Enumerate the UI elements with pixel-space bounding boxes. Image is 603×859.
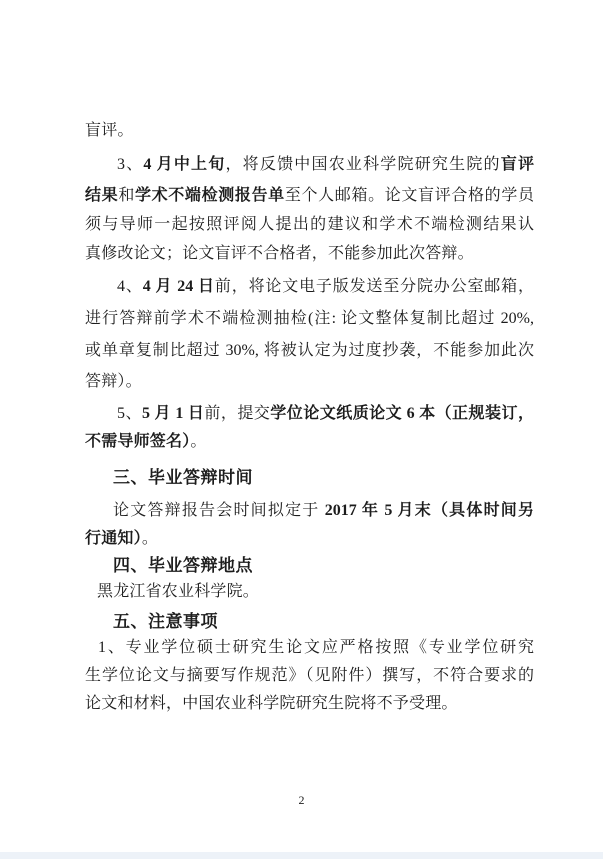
text-line: 5、5 月 1 日前，提交学位论文纸质论文 6 本（正规装订， (85, 403, 534, 425)
text-segment: 至个人邮箱。论文盲评合格的学员 (285, 187, 534, 204)
text-segment: 或单章复制比超过 30%, 将被认定为过度抄袭，不能参加此次 (85, 342, 534, 359)
text-segment: 4、 (117, 278, 143, 295)
text-segment: 三、毕业答辩时间 (113, 468, 253, 487)
text-line: 或单章复制比超过 30%, 将被认定为过度抄袭，不能参加此次 (85, 340, 534, 362)
text-line: 结果和学术不端检测报告单至个人邮箱。论文盲评合格的学员 (85, 185, 534, 207)
text-segment: 四、毕业答辩地点 (113, 556, 253, 575)
text-line: 答辩）。 (85, 371, 534, 393)
text-line: 生学位论文与摘要写作规范》（见附件）撰写，不符合要求的 (85, 665, 534, 687)
text-segment: 1、专业学位硕士研究生论文应严格按照《专业学位研究 (98, 639, 534, 656)
text-line: 论文和材料，中国农业科学院研究生院将不予受理。 (85, 693, 534, 715)
document-page: 盲评。3、4 月中上旬，将反馈中国农业科学院研究生院的盲评结果和学术不端检测报告… (0, 0, 603, 859)
section-heading: 五、注意事项 (85, 611, 534, 633)
text-segment: 真修改论文；论文盲评不合格者，不能参加此次答辩。 (85, 245, 474, 262)
text-line: 进行答辩前学术不端检测抽检(注: 论文整体复制比超过 20%, (85, 308, 534, 330)
page-bottom-edge (0, 852, 603, 859)
text-segment: 前，将论文电子版发送至分院办公室邮箱， (215, 278, 534, 295)
text-segment: 学术不端检测报告单 (135, 187, 285, 204)
text-segment: 黑龙江省农业科学院。 (97, 583, 259, 600)
text-segment: 5 月 1 日 (142, 405, 204, 422)
text-segment: 。 (190, 433, 206, 450)
section-heading: 三、毕业答辩时间 (85, 467, 534, 489)
text-segment: 答辩）。 (85, 373, 142, 390)
text-line: 盲评。 (85, 120, 534, 142)
text-line: 4、4 月 24 日前，将论文电子版发送至分院办公室邮箱， (85, 276, 534, 298)
section-heading: 四、毕业答辩地点 (85, 555, 534, 577)
text-segment: 五、注意事项 (113, 612, 218, 631)
text-segment: 论文答辩报告会时间拟定于 (113, 502, 325, 519)
text-line: 真修改论文；论文盲评不合格者，不能参加此次答辩。 (85, 243, 534, 265)
text-line: 黑龙江省农业科学院。 (85, 581, 534, 603)
text-segment: ，将反馈中国农业科学院研究生院的 (225, 156, 500, 173)
document-body: 盲评。3、4 月中上旬，将反馈中国农业科学院研究生院的盲评结果和学术不端检测报告… (85, 0, 534, 859)
text-segment: 3、 (117, 156, 143, 173)
text-line: 1、专业学位硕士研究生论文应严格按照《专业学位研究 (85, 637, 534, 659)
text-line: 论文答辩报告会时间拟定于 2017 年 5 月末（具体时间另 (85, 500, 534, 522)
text-segment: 行通知） (85, 530, 142, 547)
text-segment: 结果 (85, 187, 118, 204)
text-line: 行通知）。 (85, 528, 534, 550)
text-segment: 生学位论文与摘要写作规范》（见附件）撰写，不符合要求的 (85, 667, 534, 684)
text-segment: 进行答辩前学术不端检测抽检(注: 论文整体复制比超过 20%, (85, 310, 534, 327)
text-segment: 5、 (117, 405, 142, 422)
text-line: 3、4 月中上旬，将反馈中国农业科学院研究生院的盲评 (85, 154, 534, 176)
text-segment: 不需导师签名） (85, 433, 190, 450)
text-segment: 盲评 (501, 156, 534, 173)
text-segment: 4 月中上旬 (143, 156, 225, 173)
text-segment: 。 (142, 530, 158, 547)
text-segment: 2017 年 5 月末（具体时间另 (325, 502, 534, 519)
text-segment: 和 (118, 187, 135, 204)
text-line: 不需导师签名）。 (85, 431, 534, 453)
text-segment: 学位论文纸质论文 6 本（正规装订， (270, 405, 534, 422)
text-segment: 盲评。 (85, 122, 134, 139)
page-number: 2 (0, 793, 603, 808)
text-line: 须与导师一起按照评阅人提出的建议和学术不端检测结果认 (85, 214, 534, 236)
text-segment: 须与导师一起按照评阅人提出的建议和学术不端检测结果认 (85, 216, 534, 233)
text-segment: 论文和材料，中国农业科学院研究生院将不予受理。 (85, 695, 458, 712)
text-segment: 前，提交 (204, 405, 270, 422)
text-segment: 4 月 24 日 (143, 278, 215, 295)
